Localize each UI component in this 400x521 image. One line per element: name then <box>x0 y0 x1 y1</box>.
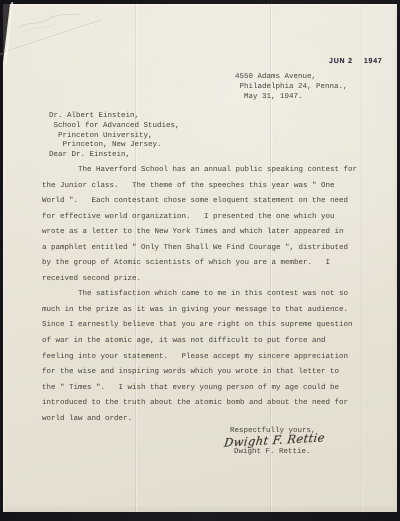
text-line: much in the prize as it was in giving yo… <box>42 303 357 319</box>
text-line: the Junior class. The theme of the speec… <box>42 179 357 195</box>
text-line: Princeton, New Jersey. <box>49 141 180 151</box>
text-line: Princeton University, <box>49 132 180 142</box>
text-line: The Haverford School has an annual publi… <box>42 163 357 179</box>
sender-address-block: 4550 Adams Avenue, Philadelphia 24, Penn… <box>235 73 348 102</box>
salutation: Dear Dr. Einstein, <box>49 151 130 159</box>
text-line: May 31, 1947. <box>235 93 348 103</box>
letter-paper: JUN 2 1947 4550 Adams Avenue, Philadelph… <box>3 4 397 512</box>
text-line: The satisfaction which came to me in thi… <box>42 287 357 303</box>
text-line: School for Advanced Studies, <box>49 122 180 132</box>
text-line: by the group of Atomic scientists of whi… <box>42 256 357 272</box>
text-line: 4550 Adams Avenue, <box>235 73 348 83</box>
text-line: World ". Each contestant chose some eloq… <box>42 194 357 210</box>
text-line: of war in the atomic age, it was not dif… <box>42 334 357 350</box>
recipient-address-block: Dr. Albert Einstein, School for Advanced… <box>49 112 180 151</box>
received-date-stamp: JUN 2 1947 <box>329 58 383 65</box>
text-line: received second prize. <box>42 272 357 288</box>
letter-body: The Haverford School has an annual publi… <box>42 163 357 427</box>
pencil-mark <box>15 10 85 36</box>
text-line: for the wise and inspiring words which y… <box>42 365 357 381</box>
fold-crease-edge <box>360 4 363 512</box>
typed-name: Dwight F. Rettie. <box>234 448 311 456</box>
text-line: introduced to the truth about the atomic… <box>42 396 357 412</box>
text-line: Dr. Albert Einstein, <box>49 112 180 122</box>
text-line: feeling into your statement. Please acce… <box>42 350 357 366</box>
text-line: wrote as a letter to the New York Times … <box>42 225 357 241</box>
text-line: Philadelphia 24, Penna., <box>235 83 348 93</box>
text-line: for effective world organization. I pres… <box>42 210 357 226</box>
text-line: the " Times ". I wish that every young p… <box>42 381 357 397</box>
text-line: world law and order. <box>42 412 357 428</box>
text-line: Since I earnestly believe that you are r… <box>42 318 357 334</box>
text-line: a pamphlet entitled " Only Then Shall We… <box>42 241 357 257</box>
scan-background: JUN 2 1947 4550 Adams Avenue, Philadelph… <box>0 0 400 521</box>
